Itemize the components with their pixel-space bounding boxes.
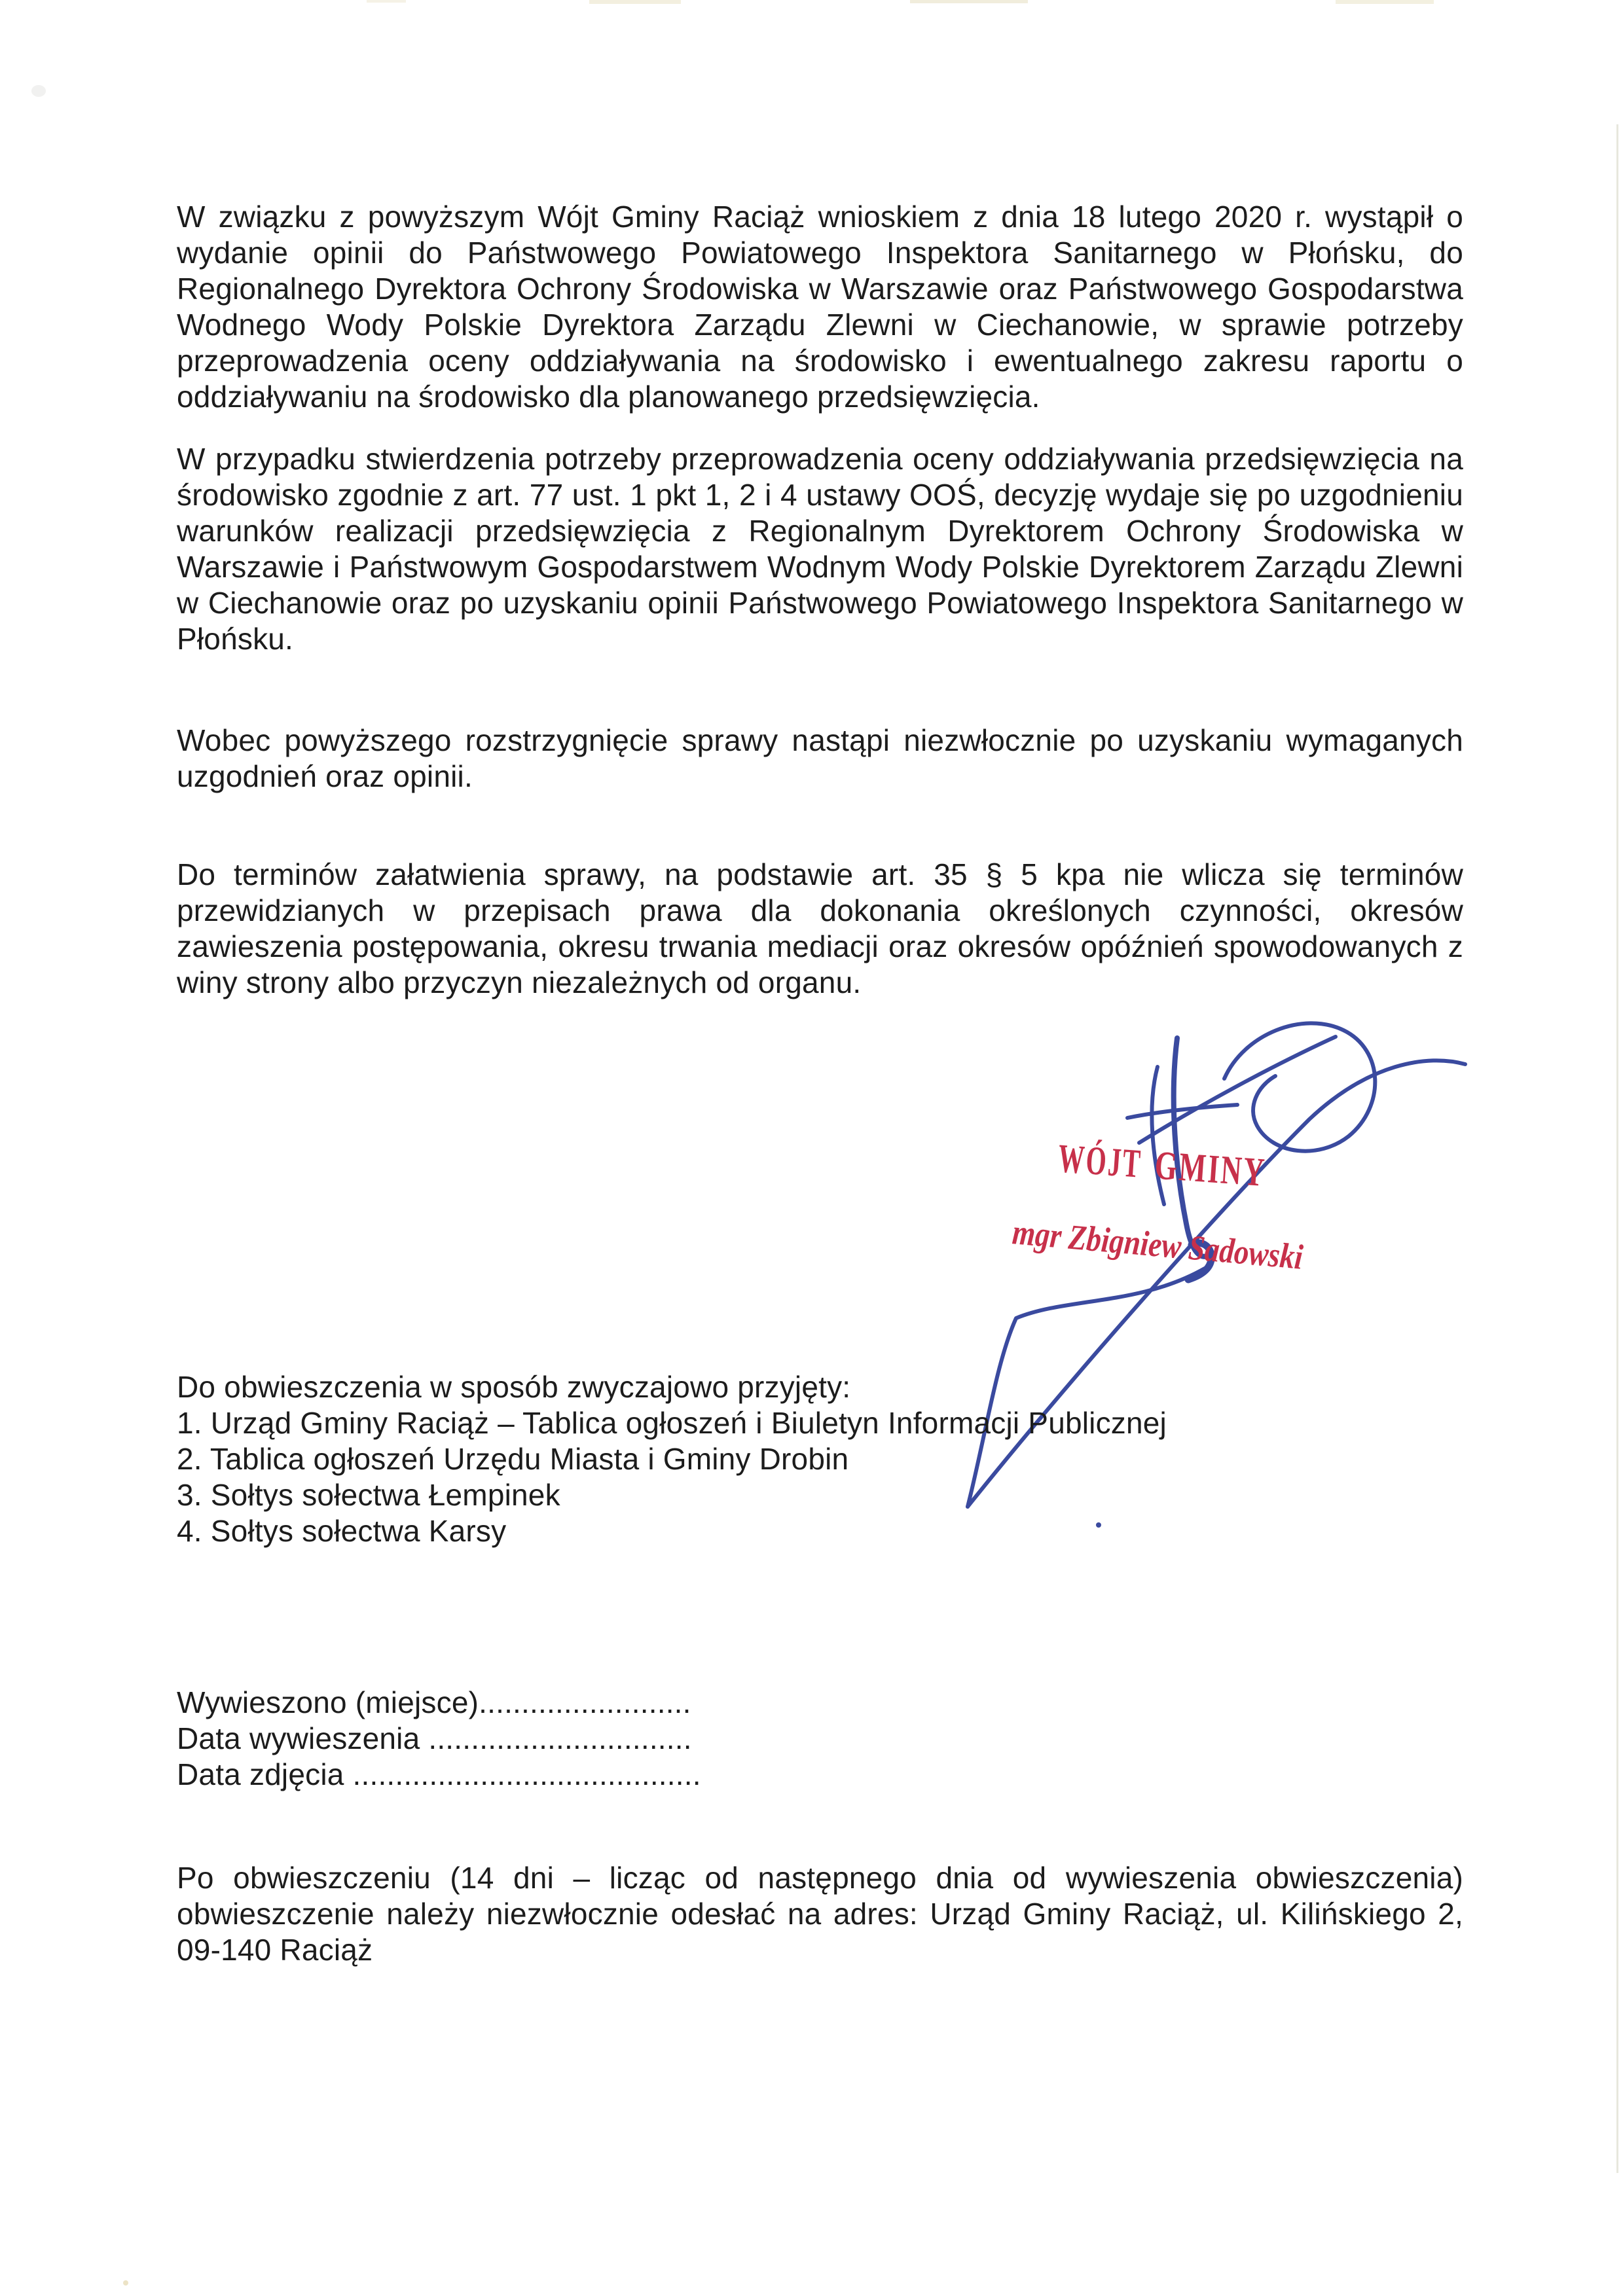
scan-artifact-top-smudge: [589, 0, 681, 4]
signature-stroke-inner-diagonal: [1139, 1037, 1336, 1143]
announcement-intro: Do obwieszczenia w sposób zwyczajowo prz…: [177, 1369, 1463, 1405]
stamp-title-word2: GMINY: [1154, 1143, 1267, 1195]
stamp-name: mgr Zbigniew Sadowski: [1011, 1212, 1305, 1277]
stamp-title-word1: WÓJT: [1057, 1136, 1143, 1187]
removal-date-line: Data zdjęcia ...........................…: [177, 1757, 1463, 1793]
scanned-document-page: W związku z powyższym Wójt Gminy Raciąż …: [0, 0, 1623, 2296]
paragraph-resolution-notice: Wobec powyższego rozstrzygnięcie sprawy …: [177, 723, 1463, 795]
paragraph-return-instructions: Po obwieszczeniu (14 dni – licząc od nas…: [177, 1860, 1463, 1968]
scan-artifact-top-smudge: [367, 0, 406, 3]
scan-artifact-top-smudge: [1336, 0, 1434, 4]
announcement-item: 2. Tablica ogłoszeń Urzędu Miasta i Gmin…: [177, 1441, 1463, 1477]
announcement-item: 4. Sołtys sołectwa Karsy: [177, 1513, 1463, 1549]
scan-artifact-bottom-dot: [123, 2280, 128, 2286]
posting-record-block: Wywieszono (miejsce)....................…: [177, 1685, 1463, 1793]
announcement-item: 3. Sołtys sołectwa Łempinek: [177, 1477, 1463, 1513]
paragraph-deadlines-kpa: Do terminów załatwienia sprawy, na podst…: [177, 857, 1463, 1001]
announcement-item: 1. Urząd Gminy Raciąż – Tablica ogłoszeń…: [177, 1405, 1463, 1441]
paragraph-assessment-procedure: W przypadku stwierdzenia potrzeby przepr…: [177, 441, 1463, 657]
scan-artifact-right-edge: [1616, 124, 1618, 2173]
posting-place-line: Wywieszono (miejsce)....................…: [177, 1685, 1463, 1721]
posting-date-line: Data wywieszenia .......................…: [177, 1721, 1463, 1757]
paragraph-request-for-opinions: W związku z powyższym Wójt Gminy Raciąż …: [177, 199, 1463, 415]
announcement-list: Do obwieszczenia w sposób zwyczajowo prz…: [177, 1369, 1463, 1549]
scan-artifact-top-smudge: [910, 0, 1028, 3]
scan-artifact-left-smudge: [31, 85, 46, 97]
